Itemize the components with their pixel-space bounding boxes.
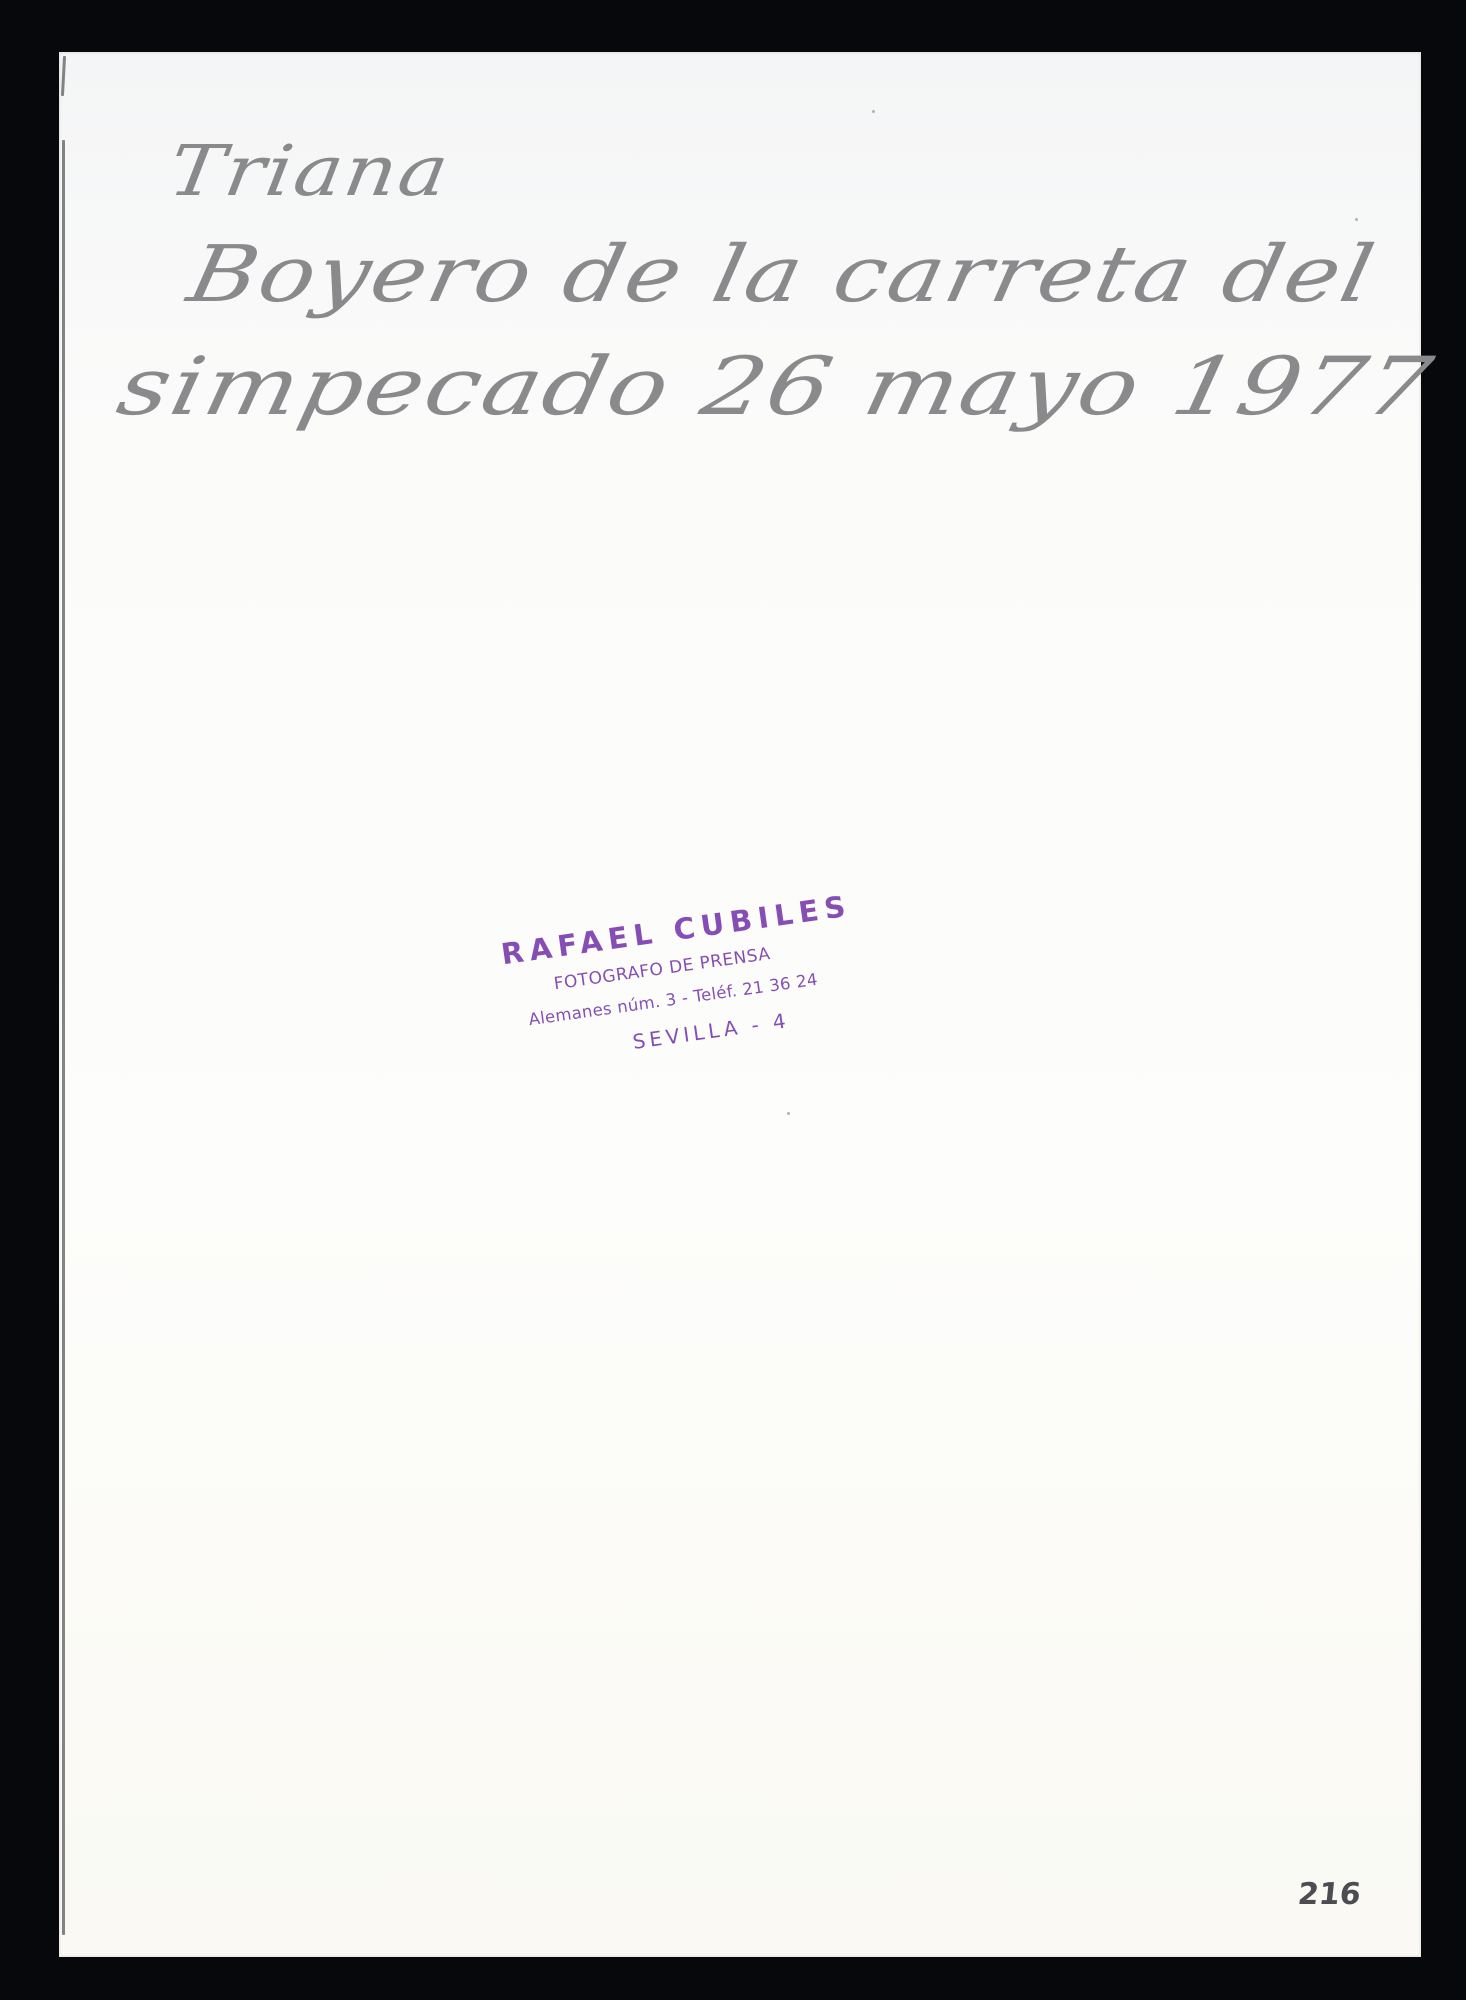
caption-line-date: simpecado 26 mayo 1977 <box>110 340 1442 433</box>
paper-speck <box>1355 218 1358 221</box>
scanned-photo-back: Triana Boyero de la carreta del simpecad… <box>0 0 1466 2000</box>
caption-line-location: Triana <box>163 130 456 212</box>
caption-line-subject: Boyero de la carreta del <box>181 230 1384 320</box>
paper-speck <box>787 1112 790 1115</box>
paper-speck <box>872 110 875 113</box>
archive-number: 216 <box>1296 1877 1362 1912</box>
paper-edge-line <box>62 140 65 1935</box>
stamp-city: SEVILLA - 4 <box>631 1008 791 1054</box>
